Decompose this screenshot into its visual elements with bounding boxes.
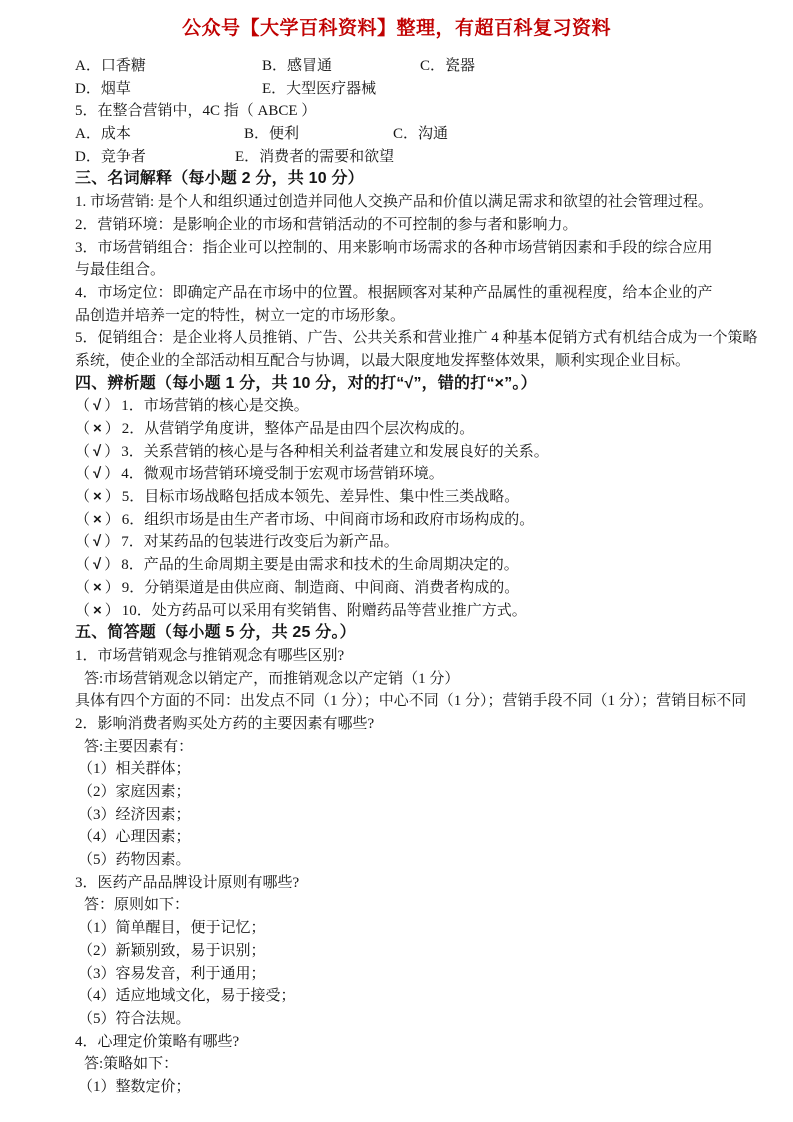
option-e: E．大型医疗器械 [262,78,376,101]
answer-item: （3）经济因素； [75,804,765,827]
tf-text: 5．目标市场战略包括成本领先、差异性、集中性三类战略。 [120,489,520,505]
question-stem: 5．在整合营销中，4C 指（ ABCE ） [75,100,765,123]
definition-line: 4．市场定位：即确定产品在市场中的位置。根据顾客对某种产品属性的重视程度，给本企… [75,282,765,305]
tf-paren-open: （ [75,398,90,414]
tf-paren-open: （ [75,512,90,528]
tf-text: 1．市场营销的核心是交换。 [119,398,309,414]
tf-paren-close: ） [104,557,119,573]
answer-item: （1）整数定价； [75,1076,765,1099]
tf-paren-close: ） [104,534,119,550]
tf-mark: × [90,579,105,596]
tf-text: 2．从营销学角度讲，整体产品是由四个层次构成的。 [120,421,475,437]
option-c: C．瓷器 [420,55,475,78]
qa-answer: 答:市场营销观念以销定产，而推销观念以产定销（1 分） [75,668,765,691]
tf-mark: × [90,488,105,505]
tf-item: （×）10．处方药品可以采用有奖销售、附赠药品等营业推广方式。 [75,600,765,623]
tf-item: （√）8．产品的生命周期主要是由需求和技术的生命周期决定的。 [75,554,765,577]
tf-text: 4．微观市场营销环境受制于宏观市场营销环境。 [119,466,444,482]
tf-mark: × [90,511,105,528]
option-d: D．烟草 [75,78,262,101]
tf-paren-open: （ [75,444,90,460]
tf-item: （√）4．微观市场营销环境受制于宏观市场营销环境。 [75,463,765,486]
qa-answer: 答：原则如下： [75,894,765,917]
answer-options-row: D．竞争者 E．消费者的需要和欲望 [75,146,765,169]
qa-question: 2．影响消费者购买处方药的主要因素有哪些? [75,713,765,736]
tf-item: （√）7．对某药品的包装进行改变后为新产品。 [75,531,765,554]
answer-options-row: A．成本 B．便利 C．沟通 [75,123,765,146]
tf-text: 10．处方药品可以采用有奖销售、附赠药品等营业推广方式。 [120,603,527,619]
tf-text: 3．关系营销的核心是与各种相关利益者建立和发展良好的关系。 [119,444,549,460]
tf-paren-close: ） [105,489,120,505]
tf-paren-open: （ [75,534,90,550]
page-title: 公众号【大学百科资料】整理，有超百科复习资料 [0,0,793,40]
tf-text: 6．组织市场是由生产者市场、中间商市场和政府市场构成的。 [120,512,535,528]
definition-line: 品创造并培养一定的特性，树立一定的市场形象。 [75,305,765,328]
answer-item: （1）相关群体； [75,758,765,781]
tf-paren-close: ） [104,444,119,460]
tf-paren-close: ） [105,421,120,437]
section-heading-truefalse: 四、辨析题（每小题 1 分，共 10 分，对的打“√”，错的打“×”。） [75,373,765,396]
option-a: A．成本 [75,123,244,146]
tf-text: 9．分销渠道是由供应商、制造商、中间商、消费者构成的。 [120,580,520,596]
answer-item: （2）新颖别致，易于识别； [75,940,765,963]
tf-item: （×）9．分销渠道是由供应商、制造商、中间商、消费者构成的。 [75,577,765,600]
tf-paren-open: （ [75,421,90,437]
tf-text: 7．对某药品的包装进行改变后为新产品。 [119,534,399,550]
tf-mark: √ [90,533,104,550]
tf-mark: × [90,602,105,619]
option-d: D．竞争者 [75,146,235,169]
definition-line: 3．市场营销组合：指企业可以控制的、用来影响市场需求的各种市场营销因素和手段的综… [75,237,765,260]
document-page: 公众号【大学百科资料】整理，有超百科复习资料 A．口香糖 B．感冒通 C．瓷器 … [0,0,793,1122]
tf-mark: √ [90,397,104,414]
answer-item: （5）符合法规。 [75,1008,765,1031]
tf-mark: √ [90,465,104,482]
tf-paren-open: （ [75,557,90,573]
section-heading-definitions: 三、名词解释（每小题 2 分，共 10 分） [75,168,765,191]
tf-mark: × [90,420,105,437]
qa-question: 3．医药产品品牌设计原则有哪些? [75,872,765,895]
tf-item: （×）6．组织市场是由生产者市场、中间商市场和政府市场构成的。 [75,509,765,532]
qa-answer: 答:主要因素有： [75,736,765,759]
document-body: A．口香糖 B．感冒通 C．瓷器 D．烟草 E．大型医疗器械 5．在整合营销中，… [0,40,793,1099]
definition-line: 1. 市场营销: 是个人和组织通过创造并同他人交换产品和价值以满足需求和欲望的社… [75,191,765,214]
qa-question: 4．心理定价策略有哪些? [75,1031,765,1054]
answer-item: （3）容易发音，利于通用； [75,963,765,986]
tf-paren-close: ） [104,398,119,414]
option-b: B．便利 [244,123,393,146]
option-a: A．口香糖 [75,55,262,78]
tf-paren-close: ） [104,466,119,482]
tf-paren-close: ） [105,580,120,596]
tf-mark: √ [90,443,104,460]
answer-item: （5）药物因素。 [75,849,765,872]
qa-answer: 具体有四个方面的不同：出发点不同（1 分）；中心不同（1 分）；营销手段不同（1… [75,690,765,713]
answer-item: （2）家庭因素； [75,781,765,804]
tf-item: （×）5．目标市场战略包括成本领先、差异性、集中性三类战略。 [75,486,765,509]
tf-paren-close: ） [105,512,120,528]
answer-item: （1）简单醒目，便于记忆； [75,917,765,940]
definition-line: 5．促销组合：是企业将人员推销、广告、公共关系和营业推广 4 种基本促销方式有机… [75,327,765,350]
definition-line: 与最佳组合。 [75,259,765,282]
tf-paren-open: （ [75,580,90,596]
tf-item: （√）3．关系营销的核心是与各种相关利益者建立和发展良好的关系。 [75,441,765,464]
tf-paren-open: （ [75,489,90,505]
tf-text: 8．产品的生命周期主要是由需求和技术的生命周期决定的。 [119,557,519,573]
tf-paren-open: （ [75,603,90,619]
answer-item: （4）心理因素； [75,826,765,849]
definition-line: 2．营销环境：是影响企业的市场和营销活动的不可控制的参与者和影响力。 [75,214,765,237]
tf-paren-close: ） [105,603,120,619]
section-heading-shortanswer: 五、简答题（每小题 5 分，共 25 分。） [75,622,765,645]
definition-line: 系统，使企业的全部活动相互配合与协调，以最大限度地发挥整体效果，顺利实现企业目标… [75,350,765,373]
answer-options-row: A．口香糖 B．感冒通 C．瓷器 [75,55,765,78]
option-e: E．消费者的需要和欲望 [235,146,394,169]
answer-item: （4）适应地域文化，易于接受； [75,985,765,1008]
tf-paren-open: （ [75,466,90,482]
tf-item: （√）1．市场营销的核心是交换。 [75,395,765,418]
answer-options-row: D．烟草 E．大型医疗器械 [75,78,765,101]
option-c: C．沟通 [393,123,448,146]
tf-mark: √ [90,556,104,573]
option-b: B．感冒通 [262,55,420,78]
qa-answer: 答:策略如下： [75,1053,765,1076]
qa-question: 1．市场营销观念与推销观念有哪些区别? [75,645,765,668]
tf-item: （×）2．从营销学角度讲，整体产品是由四个层次构成的。 [75,418,765,441]
